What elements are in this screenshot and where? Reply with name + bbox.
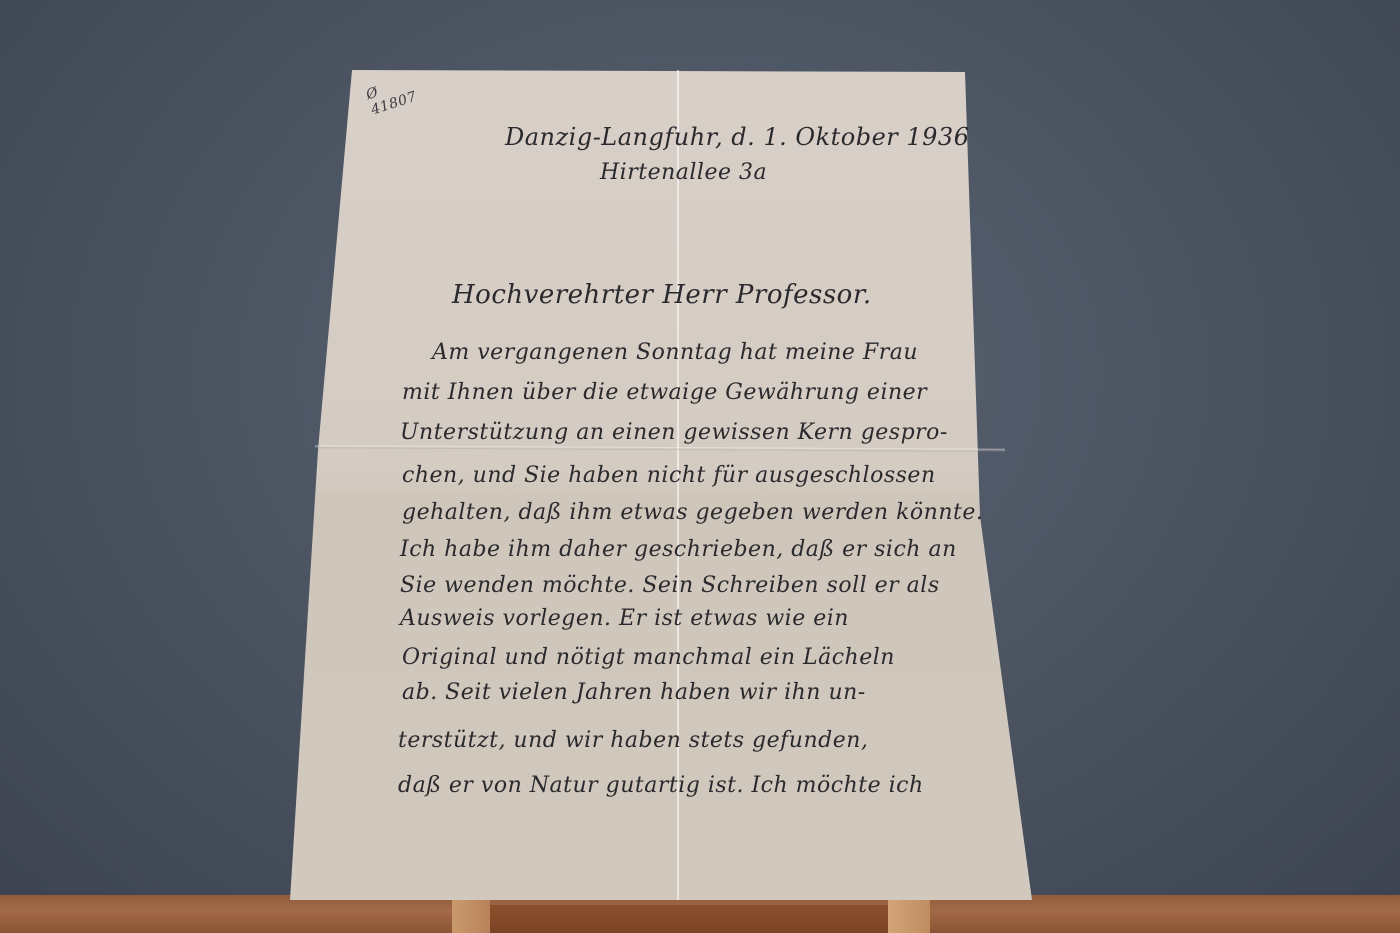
letter-line: Unterstützung an einen gewissen Kern ges… <box>400 420 948 445</box>
display-stand-right-leg <box>888 897 930 933</box>
letter-line: Am vergangenen Sonntag hat meine Frau <box>432 340 918 365</box>
letter-line: Sie wenden möchte. Sein Schreiben soll e… <box>400 573 940 598</box>
letter-line: Original und nötigt manchmal ein Lächeln <box>402 645 895 670</box>
letter-line: Ich habe ihm daher geschrieben, daß er s… <box>400 537 957 562</box>
letter-line: gehalten, daß ihm etwas gegeben werden k… <box>402 500 983 525</box>
letter-line: ab. Seit vielen Jahren haben wir ihn un- <box>402 680 866 705</box>
letter-line: terstützt, und wir haben stets gefunden, <box>398 728 868 753</box>
letter-line: mit Ihnen über die etwaige Gewährung ein… <box>402 380 927 405</box>
letter-address: Hirtenallee 3a <box>600 160 767 185</box>
display-stand-left-leg <box>452 897 490 933</box>
letter-line: Ausweis vorlegen. Er ist etwas wie ein <box>400 606 849 631</box>
letter-salutation: Hochverehrter Herr Professor. <box>452 280 872 310</box>
letter-line: chen, und Sie haben nicht für ausgeschlo… <box>402 463 936 488</box>
display-stand-base <box>490 905 888 933</box>
letter-line: daß er von Natur gutartig ist. Ich möcht… <box>398 773 924 798</box>
letter-place-date: Danzig-Langfuhr, d. 1. Oktober 1936 <box>505 123 969 151</box>
